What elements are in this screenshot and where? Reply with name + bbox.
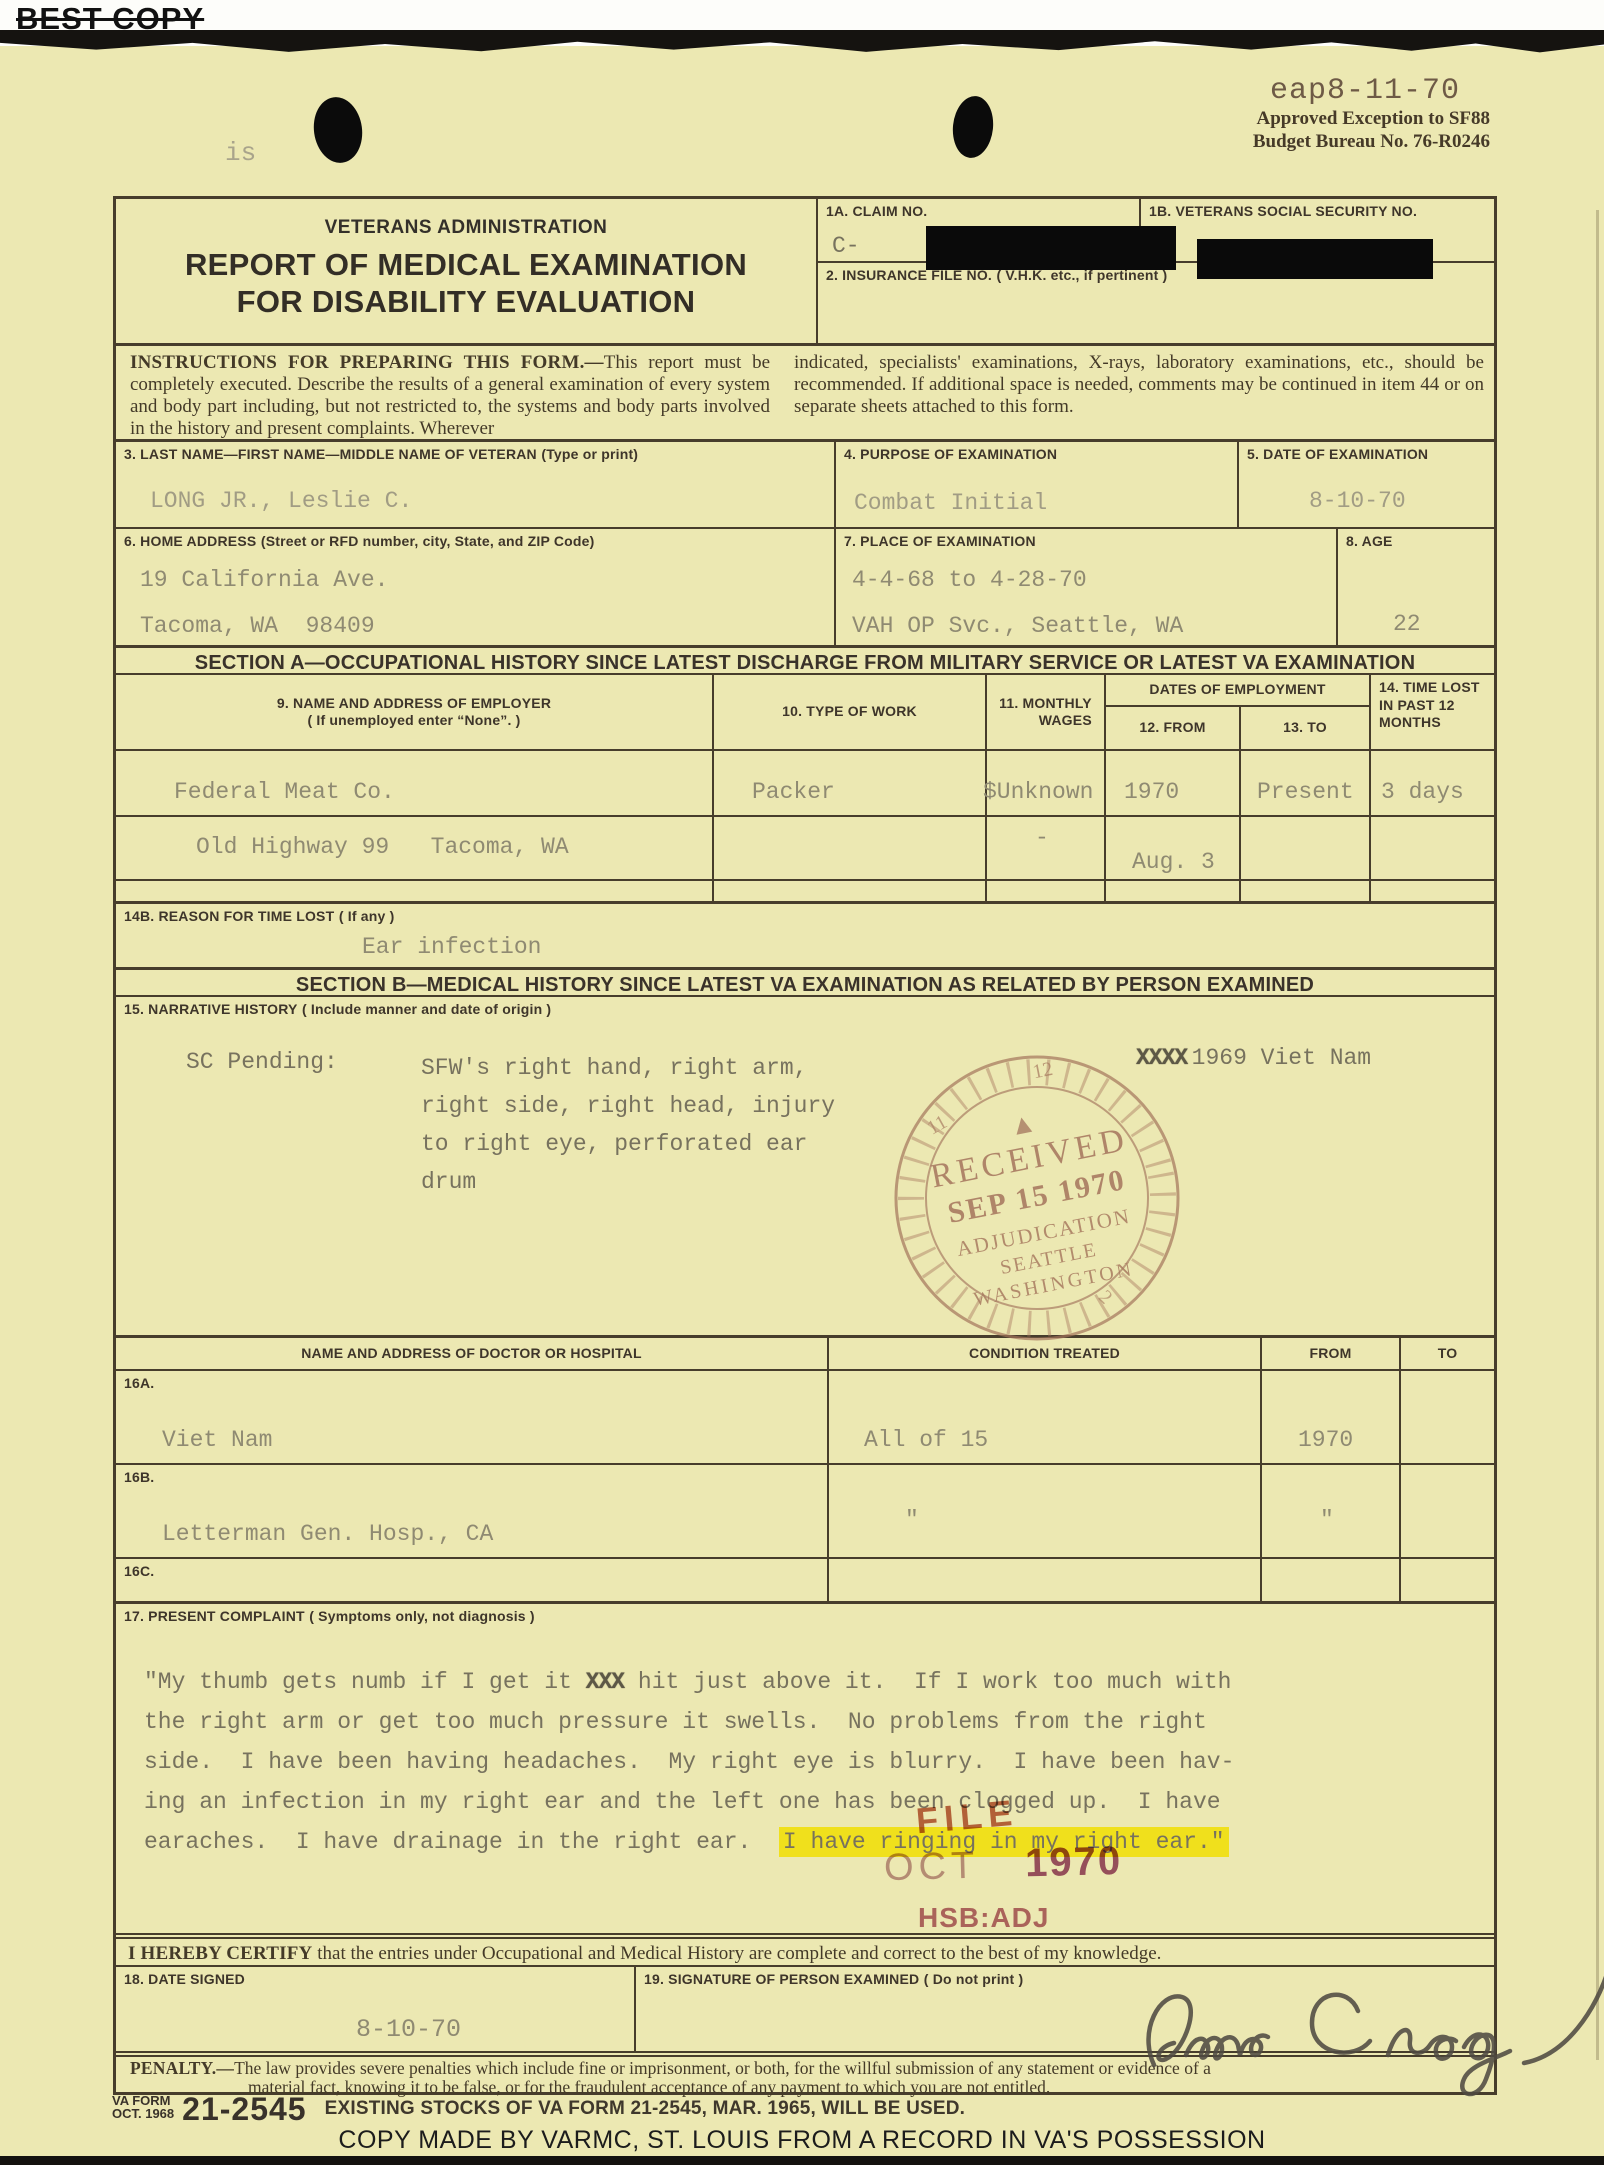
- condition-16b: ": [905, 1507, 919, 1535]
- form-title-line1: REPORT OF MEDICAL EXAMINATION: [124, 246, 808, 283]
- form-title-line2: FOR DISABILITY EVALUATION: [124, 283, 808, 320]
- stamp-washington-text: WASHINGTON: [972, 1258, 1136, 1311]
- scanned-document-page: BEST COPY is eap8-11-70 Approved Excepti…: [0, 0, 1604, 2165]
- signature-handwriting: [1126, 1917, 1604, 2102]
- claim-number-redaction: [926, 226, 1176, 270]
- time-lost-cell-2: [1371, 817, 1494, 879]
- ssn-redaction: [1197, 239, 1433, 279]
- purpose-field: 4. PURPOSE OF EXAMINATION Combat Initial: [836, 442, 1239, 527]
- header-right-block: 1A. CLAIM NO. C- 1B. VETERANS SOCIAL SEC…: [818, 199, 1494, 343]
- corner-code: eap8-11-70: [1150, 74, 1460, 108]
- date-stamp-month: OCT: [884, 1845, 980, 1889]
- doctor-name-cell-16a: 16A. Viet Nam: [116, 1371, 829, 1463]
- veteran-name-label: 3. LAST NAME—FIRST NAME—MIDDLE NAME OF V…: [124, 446, 537, 462]
- stamp-outer-ring: [887, 1048, 1187, 1348]
- stamp-adjudication-text: ADJUDICATION: [955, 1204, 1133, 1261]
- place-of-exam-field: 7. PLACE OF EXAMINATION 4-4-68 to 4-28-7…: [836, 529, 1338, 645]
- date-signature-row: 18. DATE SIGNED 8-10-70 19. SIGNATURE OF…: [116, 1965, 1494, 2051]
- doctor-to-header-text: TO: [1438, 1345, 1458, 1363]
- wages-cell: $Unknown: [987, 751, 1106, 815]
- narrative-history-label-italic: ( Include manner and date of origin ): [302, 1001, 551, 1017]
- employer-header-text: 9. NAME AND ADDRESS OF EMPLOYER: [277, 695, 551, 713]
- from-cell-2: Aug. 3: [1106, 817, 1241, 879]
- signature-stroke-3: [1312, 1995, 1370, 2053]
- employment-table-header: 9. NAME AND ADDRESS OF EMPLOYER ( If une…: [116, 675, 1494, 749]
- employer-cell-2: Old Highway 99 Tacoma, WA: [116, 817, 714, 879]
- work-cell: Packer: [714, 751, 987, 815]
- exam-date-label: 5. DATE OF EXAMINATION: [1247, 446, 1486, 464]
- from-cell: 1970: [1106, 751, 1241, 815]
- doctor-from-column-header: FROM: [1262, 1338, 1401, 1369]
- home-address-line2: Tacoma, WA 98409: [140, 613, 375, 641]
- narrative-year-text: 1969 Viet Nam: [1192, 1045, 1371, 1071]
- to-cell-3: [1241, 881, 1371, 901]
- narrative-text: SFW's right hand, right arm, right side,…: [421, 1049, 835, 1201]
- signature-stroke-4: [1388, 2030, 1456, 2059]
- reason-time-lost-label-italic: ( If any ): [339, 908, 395, 924]
- claim-number-label: 1A. CLAIM NO.: [826, 203, 1131, 221]
- stamp-seattle-text: SEATTLE: [998, 1239, 1099, 1279]
- narrative-history-field: 15. NARRATIVE HISTORY ( Include manner a…: [116, 997, 1494, 1335]
- doctor-row-16c: 16C.: [116, 1557, 1494, 1601]
- employer-value: Federal Meat Co.: [174, 779, 395, 807]
- complaint-line-1: "My thumb gets numb if I get it XXX hit …: [144, 1662, 1234, 1702]
- copy-provenance-line: COPY MADE BY VARMC, ST. LOUIS FROM A REC…: [0, 2126, 1604, 2155]
- instructions-right-text: indicated, specialists' examinations, X-…: [794, 352, 1484, 418]
- form-header-row: VETERANS ADMINISTRATION REPORT OF MEDICA…: [116, 199, 1494, 343]
- complaint-line1-struck: XXX: [586, 1669, 624, 1695]
- to-value: Present: [1257, 779, 1354, 807]
- reason-time-lost-row: 14B. REASON FOR TIME LOST ( If any ) Ear…: [116, 901, 1494, 967]
- va-form-block: VA FORM OCT. 1968: [112, 2094, 174, 2120]
- form-title: REPORT OF MEDICAL EXAMINATION FOR DISABI…: [124, 246, 808, 320]
- doctor-row-16a: 16A. Viet Nam All of 15 1970: [116, 1369, 1494, 1463]
- faint-pencil-note: is: [225, 138, 256, 168]
- budget-bureau-line: Budget Bureau No. 76-R0246: [1150, 131, 1490, 154]
- from-cell-16b: ": [1262, 1465, 1401, 1557]
- form-footer: VA FORM OCT. 1968 21-2545 EXISTING STOCK…: [112, 2094, 965, 2124]
- doctor-to-column-header: TO: [1401, 1338, 1494, 1369]
- purpose-value: Combat Initial: [854, 490, 1047, 518]
- signature-label: 19. SIGNATURE OF PERSON EXAMINED: [644, 1971, 919, 1987]
- year-note: XXXX 1969 Viet Nam: [1136, 1045, 1371, 1073]
- from-cell-3: [1106, 881, 1241, 901]
- employment-row-3: [116, 879, 1494, 901]
- condition-header-text: CONDITION TREATED: [969, 1345, 1120, 1363]
- instructions-row: INSTRUCTIONS FOR PREPARING THIS FORM.—Th…: [116, 343, 1494, 439]
- place-of-exam-line2: VAH OP Svc., Seattle, WA: [852, 613, 1183, 641]
- time-lost-value: 3 days: [1381, 779, 1464, 807]
- place-of-exam-line1: 4-4-68 to 4-28-70: [852, 567, 1087, 595]
- present-complaint-row: 17. PRESENT COMPLAINT ( Symptoms only, n…: [116, 1601, 1494, 1933]
- condition-16a: All of 15: [864, 1427, 988, 1455]
- claim-number-field: 1A. CLAIM NO. C-: [818, 199, 1141, 263]
- wages-header-text: 11. MONTHLY WAGES: [999, 695, 1092, 730]
- place-of-exam-label: 7. PLACE OF EXAMINATION: [844, 533, 1328, 551]
- address-place-age-row: 6. HOME ADDRESS (Street or RFD number, c…: [116, 527, 1494, 645]
- age-field: 8. AGE 22: [1338, 529, 1494, 645]
- employer-cell-3: [116, 881, 714, 901]
- instructions-lead: INSTRUCTIONS FOR PREPARING THIS FORM.—: [130, 352, 604, 373]
- row-16a-id: 16A.: [124, 1375, 154, 1391]
- corner-approval-block: eap8-11-70 Approved Exception to SF88 Bu…: [1150, 74, 1490, 154]
- doctor-name-cell-16b: 16B. Letterman Gen. Hosp., CA: [116, 1465, 829, 1557]
- ssn-field: 1B. VETERANS SOCIAL SECURITY NO.: [1141, 199, 1494, 263]
- doctor-from-header-text: FROM: [1309, 1345, 1351, 1363]
- hsb-adj-stamp: HSB:ADJ: [918, 1902, 1049, 1934]
- signature-stroke-6: [1524, 1947, 1604, 2063]
- doctor-name-cell-16c: 16C.: [116, 1559, 829, 1601]
- reason-time-lost-label: 14B. REASON FOR TIME LOST: [124, 908, 334, 924]
- approved-exception-line: Approved Exception to SF88: [1150, 108, 1490, 131]
- employment-row-1: Federal Meat Co. Packer $Unknown 1970 Pr…: [116, 749, 1494, 815]
- home-address-label-italic: (Street or RFD number, city, State, and …: [261, 533, 595, 549]
- narrative-history-label: 15. NARRATIVE HISTORY: [124, 1001, 298, 1017]
- present-complaint-field: 17. PRESENT COMPLAINT ( Symptoms only, n…: [116, 1604, 1494, 1933]
- present-complaint-label-italic: ( Symptoms only, not diagnosis ): [309, 1608, 535, 1624]
- condition-cell-16b: ": [829, 1465, 1262, 1557]
- title-box: VETERANS ADMINISTRATION REPORT OF MEDICA…: [116, 199, 818, 343]
- name-purpose-date-row: 3. LAST NAME—FIRST NAME—MIDDLE NAME OF V…: [116, 439, 1494, 527]
- to-column-header: 13. TO: [1241, 707, 1369, 749]
- penalty-lead: PENALTY.—: [130, 2058, 234, 2078]
- sc-pending-note: SC Pending:: [186, 1049, 338, 1077]
- from-value-2: Aug. 3: [1132, 849, 1215, 877]
- home-address-field: 6. HOME ADDRESS (Street or RFD number, c…: [116, 529, 836, 645]
- stamp-ring-number-11: 11: [923, 1111, 951, 1140]
- date-signed-field: 18. DATE SIGNED 8-10-70: [116, 1967, 636, 2051]
- condition-cell-16c: [829, 1559, 1262, 1601]
- dates-of-employment-header-group: DATES OF EMPLOYMENT 12. FROM 13. TO: [1106, 675, 1371, 749]
- time-lost-column-header: 14. TIME LOST IN PAST 12 MONTHS: [1371, 675, 1494, 749]
- row-16b-id: 16B.: [124, 1469, 154, 1485]
- complaint-line5-pre: earaches. I have drainage in the right e…: [144, 1829, 779, 1855]
- row-16c-id: 16C.: [124, 1563, 154, 1579]
- section-b-title: SECTION B—MEDICAL HISTORY SINCE LATEST V…: [116, 970, 1494, 995]
- narrative-history-row: 15. NARRATIVE HISTORY ( Include manner a…: [116, 997, 1494, 1335]
- exam-date-value: 8-10-70: [1309, 488, 1406, 516]
- stamp-ring-ticks: [889, 1050, 1184, 1345]
- signature-label-italic: ( Do not print ): [924, 1971, 1024, 1987]
- doctor-name-16b: Letterman Gen. Hosp., CA: [162, 1521, 493, 1549]
- to-cell-16a: [1401, 1371, 1494, 1463]
- age-label: 8. AGE: [1346, 533, 1486, 551]
- received-stamp: 12 11 2 RECEIVED SEP 15 1970 ADJUDICATIO…: [887, 1048, 1187, 1348]
- complaint-line1-pre: "My thumb gets numb if I get it: [144, 1669, 586, 1695]
- type-of-work-header-text: 10. TYPE OF WORK: [782, 703, 917, 721]
- home-address-line1: 19 California Ave.: [140, 567, 388, 595]
- certify-rest: that the entries under Occupational and …: [312, 1943, 1161, 1964]
- purpose-label: 4. PURPOSE OF EXAMINATION: [844, 446, 1229, 464]
- work-cell-2: [714, 817, 987, 879]
- condition-column-header: CONDITION TREATED: [829, 1338, 1262, 1369]
- stamp-ring-number-2: 2: [1094, 1286, 1116, 1309]
- file-stamp: FILE: [914, 1792, 1019, 1843]
- complaint-line-3: side. I have been having headaches. My r…: [144, 1742, 1234, 1782]
- veteran-name-field: 3. LAST NAME—FIRST NAME—MIDDLE NAME OF V…: [116, 442, 836, 527]
- doctor-name-16a: Viet Nam: [162, 1427, 272, 1455]
- exam-date-field: 5. DATE OF EXAMINATION 8-10-70: [1239, 442, 1494, 527]
- complaint-line1-post: hit just above it. If I work too much wi…: [624, 1669, 1231, 1695]
- agency-name: VETERANS ADMINISTRATION: [124, 217, 808, 240]
- narrative-struck-text: XXXX: [1136, 1045, 1187, 1071]
- from-column-header: 12. FROM: [1106, 707, 1241, 749]
- to-cell-2: [1241, 817, 1371, 879]
- instructions-right-column: indicated, specialists' examinations, X-…: [776, 346, 1494, 439]
- present-complaint-label: 17. PRESENT COMPLAINT: [124, 1608, 305, 1624]
- signature-stroke-5: [1462, 2034, 1510, 2094]
- section-a-bar: SECTION A—OCCUPATIONAL HISTORY SINCE LAT…: [116, 645, 1494, 675]
- doctor-table-header: NAME AND ADDRESS OF DOCTOR OR HOSPITAL C…: [116, 1335, 1494, 1369]
- to-cell-16c: [1401, 1559, 1494, 1601]
- to-cell-16b: [1401, 1465, 1494, 1557]
- employer-value-2: Old Highway 99 Tacoma, WA: [196, 834, 569, 862]
- complaint-paragraph: "My thumb gets numb if I get it XXX hit …: [144, 1662, 1234, 1862]
- employer-header-italic: ( If unemployed enter “None”. ): [277, 712, 551, 730]
- stamp-ring-number-12: 12: [1031, 1058, 1055, 1083]
- penalty-line2: material fact, knowing it to be false, o…: [130, 2078, 1211, 2097]
- penalty-line1: The law provides severe penalties which …: [234, 2058, 1211, 2078]
- section-a-title: SECTION A—OCCUPATIONAL HISTORY SINCE LAT…: [116, 648, 1494, 673]
- age-value: 22: [1393, 611, 1421, 639]
- claim-prefix: C-: [832, 233, 860, 261]
- dates-of-employment-header: DATES OF EMPLOYMENT: [1106, 675, 1369, 707]
- from-value: 1970: [1124, 779, 1179, 807]
- wages-cell-3: [987, 881, 1106, 901]
- doctor-row-16b: 16B. Letterman Gen. Hosp., CA " ": [116, 1463, 1494, 1557]
- stamp-inner-ring: [907, 1068, 1167, 1328]
- condition-cell-16a: All of 15: [829, 1371, 1262, 1463]
- wages-value: $Unknown: [983, 779, 1093, 807]
- stamp-arrow: [1014, 1116, 1033, 1135]
- form-number: 21-2545: [182, 2094, 306, 2124]
- signature-stroke-2: [1186, 2036, 1268, 2059]
- certify-lead: I HEREBY CERTIFY: [128, 1943, 312, 1964]
- to-cell: Present: [1241, 751, 1371, 815]
- date-signed-label: 18. DATE SIGNED: [124, 1971, 626, 1989]
- va-form-date: OCT. 1968: [112, 2107, 174, 2120]
- work-value: Packer: [752, 779, 835, 807]
- from-16a: 1970: [1298, 1427, 1353, 1455]
- complaint-line-2: the right arm or get too much pressure i…: [144, 1702, 1234, 1742]
- type-of-work-column-header: 10. TYPE OF WORK: [714, 675, 987, 749]
- stamp-date-text: SEP 15 1970: [945, 1163, 1128, 1230]
- employer-cell: Federal Meat Co.: [116, 751, 714, 815]
- stamp-received-text: RECEIVED: [928, 1121, 1131, 1195]
- veteran-name-value: LONG JR., Leslie C.: [150, 488, 412, 516]
- time-lost-cell: 3 days: [1371, 751, 1494, 815]
- reason-time-lost-value: Ear infection: [362, 934, 541, 962]
- va-form-21-2545: VETERANS ADMINISTRATION REPORT OF MEDICA…: [113, 196, 1497, 2095]
- from-cell-16a: 1970: [1262, 1371, 1401, 1463]
- from-cell-16c: [1262, 1559, 1401, 1601]
- reason-time-lost-field: 14B. REASON FOR TIME LOST ( If any ) Ear…: [116, 904, 1494, 967]
- from-16b: ": [1320, 1507, 1334, 1535]
- date-stamp-year: 1970: [1025, 1839, 1123, 1886]
- existing-stocks-note: EXISTING STOCKS OF VA FORM 21-2545, MAR.…: [325, 2094, 966, 2124]
- scan-bottom-edge: [0, 2156, 1604, 2165]
- wages-cell-2: -: [987, 817, 1106, 879]
- employment-row-2: Old Highway 99 Tacoma, WA - Aug. 3: [116, 815, 1494, 879]
- wages-value-2: -: [1035, 825, 1049, 853]
- veteran-name-label-italic: (Type or print): [541, 446, 638, 462]
- doctor-name-header-text: NAME AND ADDRESS OF DOCTOR OR HOSPITAL: [301, 1345, 642, 1363]
- ssn-label: 1B. VETERANS SOCIAL SECURITY NO.: [1149, 203, 1486, 221]
- penalty-statement: PENALTY.—The law provides severe penalti…: [116, 2057, 1211, 2092]
- instructions-left-column: INSTRUCTIONS FOR PREPARING THIS FORM.—Th…: [116, 346, 776, 439]
- work-cell-3: [714, 881, 987, 901]
- home-address-label: 6. HOME ADDRESS: [124, 533, 256, 549]
- oct-1970-date-stamp: OCT1970: [883, 1839, 1122, 1890]
- time-lost-header-text: 14. TIME LOST IN PAST 12 MONTHS: [1379, 679, 1486, 732]
- signature-field: 19. SIGNATURE OF PERSON EXAMINED ( Do no…: [636, 1967, 1494, 2051]
- claim-ssn-row: 1A. CLAIM NO. C- 1B. VETERANS SOCIAL SEC…: [818, 199, 1494, 263]
- employer-column-header: 9. NAME AND ADDRESS OF EMPLOYER ( If une…: [116, 675, 714, 749]
- certify-statement: I HEREBY CERTIFY that the entries under …: [116, 1939, 1161, 1965]
- wages-column-header: 11. MONTHLY WAGES: [987, 675, 1106, 749]
- time-lost-cell-3: [1371, 881, 1494, 901]
- doctor-name-column-header: NAME AND ADDRESS OF DOCTOR OR HOSPITAL: [116, 1338, 829, 1369]
- complaint-line-4: ing an infection in my right ear and the…: [144, 1782, 1234, 1822]
- date-signed-value: 8-10-70: [356, 2015, 461, 2045]
- section-b-bar: SECTION B—MEDICAL HISTORY SINCE LATEST V…: [116, 967, 1494, 997]
- paper-right-edge-shadow: [1596, 210, 1599, 2060]
